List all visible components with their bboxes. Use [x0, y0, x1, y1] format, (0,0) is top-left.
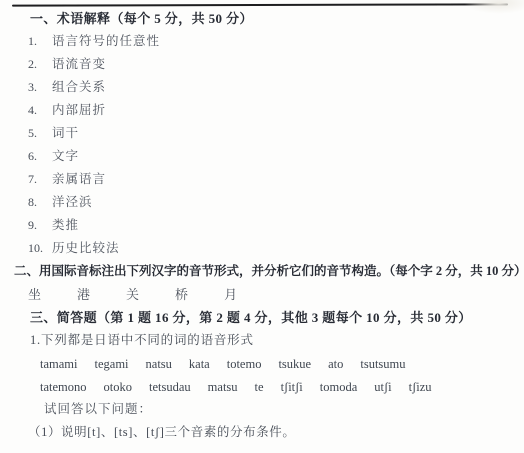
term-item-text: 语言符号的任意性: [52, 34, 160, 48]
romanized-word: tʃitʃi: [281, 376, 303, 399]
hanzi-char: 桥: [175, 283, 188, 306]
hanzi-row: 坐 港 关 桥 月: [0, 283, 524, 306]
term-item-text: 历史比较法: [52, 241, 120, 255]
term-item-8: 8.洋泾浜: [0, 191, 524, 214]
section3-heading: 三、简答题（第 1 题 16 分，第 2 题 4 分，其他 3 题每个 10 分…: [0, 306, 524, 329]
sub-question-1: （1）说明[t]、[ts]、[tʃ]三个音素的分布条件。: [0, 421, 524, 444]
answer-prompt: 试回答以下问题：: [0, 398, 524, 421]
term-item-2: 2.语流音变: [0, 53, 524, 76]
romanized-word: te: [255, 376, 264, 399]
term-item-number: 3.: [28, 76, 52, 99]
term-item-number: 2.: [28, 53, 52, 76]
romanized-word: matsu: [208, 376, 238, 399]
romanized-word: otoko: [104, 376, 132, 399]
term-item-3: 3.组合关系: [0, 76, 524, 99]
romanized-word: kata: [189, 353, 210, 376]
term-item-10: 10.历史比较法: [0, 237, 524, 260]
term-item-7: 7.亲属语言: [0, 168, 524, 191]
term-item-number: 7.: [28, 168, 52, 191]
term-item-9: 9.类推: [0, 214, 524, 237]
romanized-word: tegami: [95, 353, 129, 376]
exam-content: 一、术语解释（每个 5 分，共 50 分） 1.语言符号的任意性 2.语流音变 …: [0, 7, 524, 444]
section1-heading: 一、术语解释（每个 5 分，共 50 分）: [0, 7, 524, 30]
question1-intro: 1.下列都是日语中不同的词的语音形式: [0, 329, 524, 352]
term-item-4: 4.内部屈折: [0, 99, 524, 122]
hanzi-char: 港: [77, 283, 90, 306]
romanized-word: tsukue: [278, 353, 311, 376]
romanized-word: tamami: [40, 353, 78, 376]
term-item-number: 4.: [28, 99, 52, 122]
term-item-text: 组合关系: [52, 80, 106, 94]
romanized-word: tʃizu: [409, 376, 432, 399]
romanized-word: tetsudau: [149, 376, 191, 399]
term-item-text: 词干: [52, 126, 79, 140]
term-item-text: 内部屈折: [52, 103, 106, 117]
word-row-2: tatemono otoko tetsudau matsu te tʃitʃi …: [0, 375, 524, 398]
romanized-word: tomoda: [320, 376, 358, 399]
section2-heading: 二、用国际音标注出下列汉字的音节形式，并分析它们的音节构造。（每个字 2 分，共…: [0, 260, 524, 283]
term-item-5: 5.词干: [0, 122, 524, 145]
romanized-word: ato: [328, 353, 343, 376]
term-item-number: 1.: [28, 30, 52, 53]
romanized-word: tsutsumu: [360, 353, 405, 376]
romanized-word: natsu: [146, 353, 172, 376]
term-item-1: 1.语言符号的任意性: [0, 30, 524, 53]
romanized-word: tatemono: [40, 376, 87, 399]
hanzi-char: 坐: [28, 283, 41, 306]
romanized-word: totemo: [227, 353, 262, 376]
term-item-6: 6.文字: [0, 145, 524, 168]
term-item-number: 5.: [28, 122, 52, 145]
term-item-number: 8.: [28, 191, 52, 214]
hanzi-char: 月: [224, 283, 237, 306]
term-item-number: 6.: [28, 145, 52, 168]
term-item-number: 10.: [28, 237, 52, 260]
term-item-text: 亲属语言: [52, 172, 106, 186]
term-item-text: 语流音变: [52, 57, 106, 71]
term-item-text: 文字: [52, 149, 79, 163]
exam-page: 一、术语解释（每个 5 分，共 50 分） 1.语言符号的任意性 2.语流音变 …: [0, 0, 524, 453]
term-item-text: 类推: [52, 218, 79, 232]
word-row-1: tamami tegami natsu kata totemo tsukue a…: [0, 352, 524, 375]
romanized-word: utʃi: [374, 376, 391, 399]
hanzi-char: 关: [126, 283, 139, 306]
term-item-text: 洋泾浜: [52, 195, 93, 209]
term-item-number: 9.: [28, 214, 52, 237]
